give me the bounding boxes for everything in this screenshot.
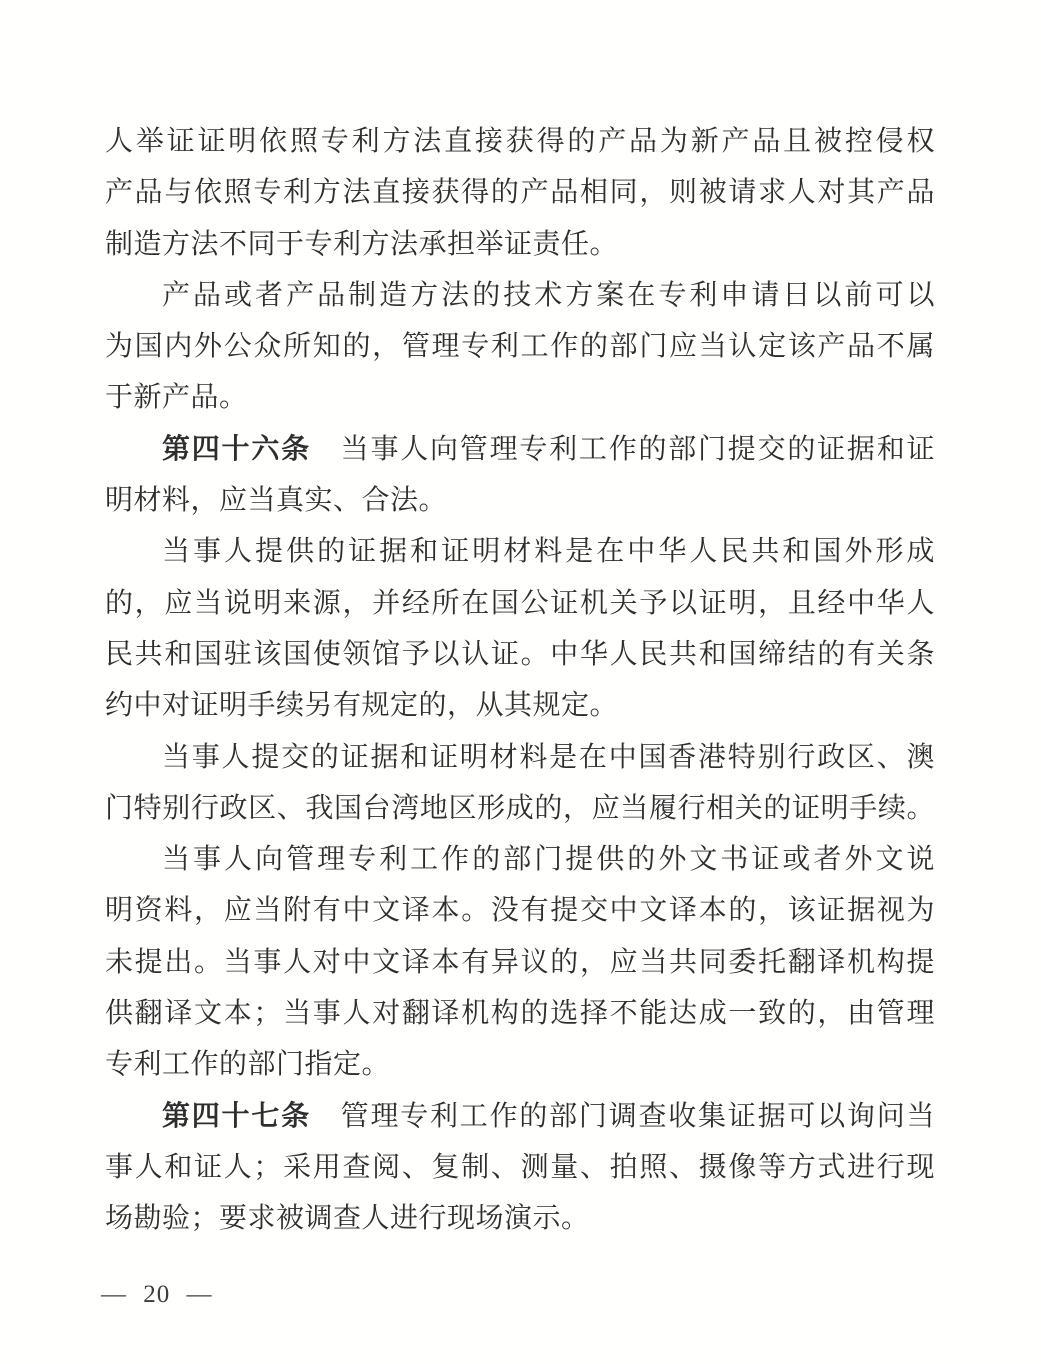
line-text: 供翻译文本；当事人对翻译机构的选择不能达成一致的，由管理 (105, 998, 935, 1029)
text-line: 事人和证人；采用查阅、复制、测量、拍照、摄像等方式进行现 (105, 1142, 935, 1193)
text-line: 供翻译文本；当事人对翻译机构的选择不能达成一致的，由管理 (105, 988, 935, 1039)
line-text: 明材料，应当真实、合法。 (105, 485, 447, 516)
text-line: 明资料，应当附有中文译本。没有提交中文译本的，该证据视为 (105, 885, 935, 936)
line-text: 于新产品。 (105, 382, 248, 413)
text-line: 制造方法不同于专利方法承担举证责任。 (105, 219, 935, 270)
text-line: 的，应当说明来源，并经所在国公证机关予以证明，且经中华人 (105, 578, 935, 629)
text-line: 产品或者产品制造方法的技术方案在专利申请日以前可以 (105, 270, 935, 321)
line-text: 未提出。当事人对中文译本有异议的，应当共同委托翻译机构提 (105, 947, 935, 978)
text-line: 为国内外公众所知的，管理专利工作的部门应当认定该产品不属 (105, 321, 935, 372)
text-line: 民共和国驻该国使领馆予以认证。中华人民共和国缔结的有关条 (105, 629, 935, 680)
line-text: 的，应当说明来源，并经所在国公证机关予以证明，且经中华人 (105, 588, 935, 619)
line-text: 民共和国驻该国使领馆予以认证。中华人民共和国缔结的有关条 (105, 639, 935, 670)
line-text: 为国内外公众所知的，管理专利工作的部门应当认定该产品不属 (105, 331, 935, 362)
text-line: 产品与依照专利方法直接获得的产品相同，则被请求人对其产品 (105, 167, 935, 218)
text-line: 门特别行政区、我国台湾地区形成的，应当履行相关的证明手续。 (105, 783, 935, 834)
page-number: — 20 — (101, 1281, 213, 1308)
line-text: 事人和证人；采用查阅、复制、测量、拍照、摄像等方式进行现 (105, 1152, 935, 1183)
text-line: 第四十六条 当事人向管理专利工作的部门提交的证据和证 (105, 424, 935, 475)
text-line: 当事人向管理专利工作的部门提供的外文书证或者外文说 (105, 834, 935, 885)
line-text: 明资料，应当附有中文译本。没有提交中文译本的，该证据视为 (105, 895, 935, 926)
line-text: 人举证证明依照专利方法直接获得的产品为新产品且被控侵权 (105, 126, 935, 157)
line-text: 门特别行政区、我国台湾地区形成的，应当履行相关的证明手续。 (105, 793, 935, 824)
line-text: 当事人向管理专利工作的部门提交的证据和证 (311, 434, 935, 465)
text-line: 第四十七条 管理专利工作的部门调查收集证据可以询问当 (105, 1091, 935, 1142)
text-line: 明材料，应当真实、合法。 (105, 475, 935, 526)
document-page: 人举证证明依照专利方法直接获得的产品为新产品且被控侵权产品与依照专利方法直接获得… (0, 0, 1041, 1364)
document-body: 人举证证明依照专利方法直接获得的产品为新产品且被控侵权产品与依照专利方法直接获得… (105, 116, 935, 1245)
line-text: 专利工作的部门指定。 (105, 1049, 390, 1080)
line-text: 约中对证明手续另有规定的，从其规定。 (105, 690, 618, 721)
line-text: 当事人向管理专利工作的部门提供的外文书证或者外文说 (162, 844, 935, 875)
line-text: 管理专利工作的部门调查收集证据可以询问当 (311, 1101, 935, 1132)
line-text: 当事人提供的证据和证明材料是在中华人民共和国外形成 (162, 536, 935, 567)
article-number: 第四十七条 (162, 1101, 311, 1132)
page-footer: — 20 — (101, 1280, 213, 1310)
line-text: 产品与依照专利方法直接获得的产品相同，则被请求人对其产品 (105, 177, 935, 208)
text-line: 人举证证明依照专利方法直接获得的产品为新产品且被控侵权 (105, 116, 935, 167)
article-number: 第四十六条 (162, 434, 311, 465)
text-line: 场勘验；要求被调查人进行现场演示。 (105, 1193, 935, 1244)
line-text: 场勘验；要求被调查人进行现场演示。 (105, 1203, 590, 1234)
text-line: 约中对证明手续另有规定的，从其规定。 (105, 680, 935, 731)
line-text: 当事人提交的证据和证明材料是在中国香港特别行政区、澳 (162, 742, 935, 773)
text-line: 当事人提供的证据和证明材料是在中华人民共和国外形成 (105, 526, 935, 577)
line-text: 制造方法不同于专利方法承担举证责任。 (105, 229, 618, 260)
line-text: 产品或者产品制造方法的技术方案在专利申请日以前可以 (162, 280, 935, 311)
text-line: 专利工作的部门指定。 (105, 1039, 935, 1090)
text-line: 当事人提交的证据和证明材料是在中国香港特别行政区、澳 (105, 732, 935, 783)
text-line: 于新产品。 (105, 372, 935, 423)
text-line: 未提出。当事人对中文译本有异议的，应当共同委托翻译机构提 (105, 937, 935, 988)
